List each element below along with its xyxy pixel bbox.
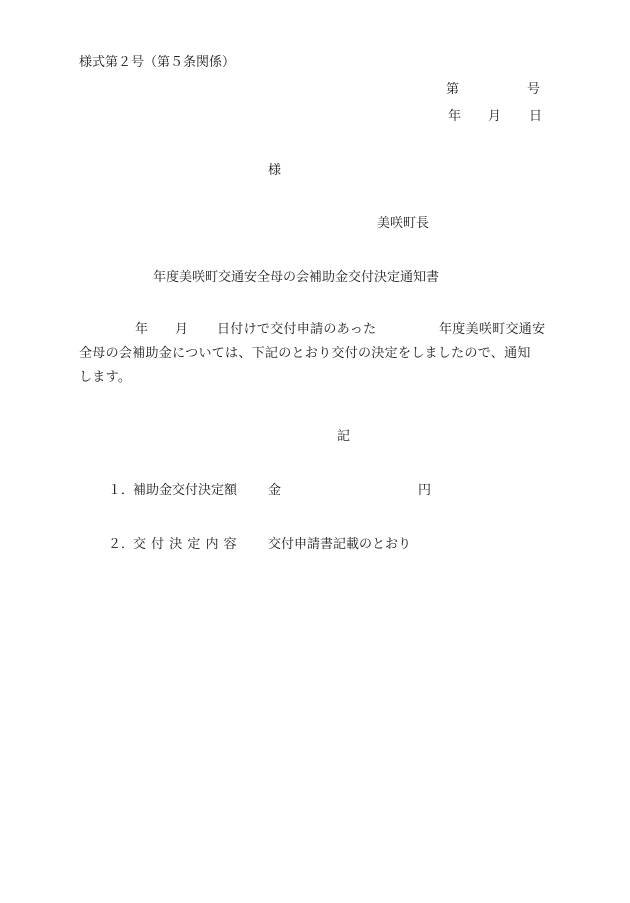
addressee-suffix: 様 <box>268 163 281 179</box>
document-title: 年度美咲町交通安全母の会補助金交付決定通知書 <box>153 270 439 286</box>
body-line2: 全母の会補助金については、下記のとおり交付の決定をしましたので、通知 <box>79 342 554 366</box>
body-day-text: 日付けで交付申請のあった <box>217 318 376 342</box>
body-year: 年 <box>135 318 148 342</box>
item-2-number: ２． <box>108 537 134 553</box>
item-2-value: 交付申請書記載のとおり <box>268 537 411 553</box>
body-line1-tail: 年度美咲町交通安 <box>439 318 545 342</box>
form-label: 様式第２号（第５条関係） <box>79 55 235 71</box>
number-suffix: 号 <box>527 82 540 98</box>
item-2-label: 交 付 決 定 内 容 <box>133 537 237 553</box>
number-prefix: 第 <box>446 82 459 98</box>
item-1-value-suffix: 円 <box>418 483 431 499</box>
item-1-number: １． <box>108 483 134 499</box>
sender-name: 美咲町長 <box>377 216 429 232</box>
item-1-label: 補助金交付決定額 <box>133 483 237 499</box>
body-paragraph: 年 月 日付けで交付申請のあった 年度美咲町交通安 全母の会補助金については、下… <box>79 318 554 390</box>
body-month: 月 <box>175 318 188 342</box>
item-1-value-prefix: 金 <box>268 483 281 499</box>
date-year: 年 <box>448 109 461 125</box>
ki-heading: 記 <box>337 429 350 445</box>
date-month: 月 <box>488 109 501 125</box>
date-day: 日 <box>529 109 542 125</box>
body-line3: します。 <box>79 366 554 390</box>
